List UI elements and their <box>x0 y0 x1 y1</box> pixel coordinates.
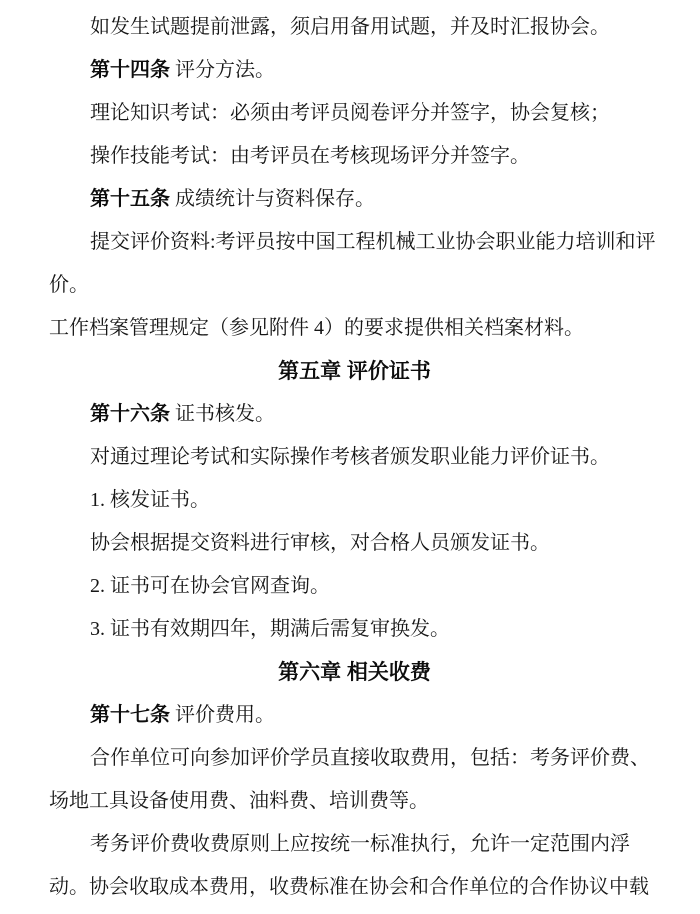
article-title: 成绩统计与资料保存。 <box>170 188 375 210</box>
article-number: 第十七条 <box>90 704 170 726</box>
article-number: 第十四条 <box>90 59 170 81</box>
chapter-heading: 第六章 相关收费 <box>49 651 660 694</box>
paragraph-continuation: 场地工具设备使用费、油料费、培训费等。 <box>49 780 660 823</box>
paragraph: 理论知识考试：必须由考评员阅卷评分并签字，协会复核； <box>49 92 660 135</box>
paragraph: 考务评价费收费原则上应按统一标准执行，允许一定范围内浮 <box>49 823 660 866</box>
document-page: 如发生试题提前泄露，须启用备用试题，并及时汇报协会。 第十四条 评分方法。 理论… <box>0 0 700 914</box>
paragraph-continuation: 价。 <box>49 264 660 307</box>
article-number: 第十五条 <box>90 188 170 210</box>
paragraph-continuation: 动。协会收取成本费用，收费标准在协会和合作单位的合作协议中载 <box>49 866 660 909</box>
paragraph: 如发生试题提前泄露，须启用备用试题，并及时汇报协会。 <box>49 6 660 49</box>
article-paragraph: 第十四条 评分方法。 <box>49 49 660 92</box>
paragraph: 提交评价资料:考评员按中国工程机械工业协会职业能力培训和评 <box>49 221 660 264</box>
article-paragraph: 第十七条 评价费用。 <box>49 694 660 737</box>
paragraph: 对通过理论考试和实际操作考核者颁发职业能力评价证书。 <box>49 436 660 479</box>
paragraph: 协会根据提交资料进行审核，对合格人员颁发证书。 <box>49 522 660 565</box>
article-title: 证书核发。 <box>170 403 275 425</box>
list-item: 2. 证书可在协会官网查询。 <box>49 565 660 608</box>
paragraph-continuation: 工作档案管理规定（参见附件 4）的要求提供相关档案材料。 <box>49 307 660 350</box>
paragraph: 合作单位可向参加评价学员直接收取费用，包括：考务评价费、 <box>49 737 660 780</box>
article-title: 评价费用。 <box>170 704 275 726</box>
article-title: 评分方法。 <box>170 59 275 81</box>
article-paragraph: 第十五条 成绩统计与资料保存。 <box>49 178 660 221</box>
list-item: 3. 证书有效期四年，期满后需复审换发。 <box>49 608 660 651</box>
chapter-heading: 第五章 评价证书 <box>49 350 660 393</box>
article-paragraph: 第十六条 证书核发。 <box>49 393 660 436</box>
article-number: 第十六条 <box>90 403 170 425</box>
list-item: 1. 核发证书。 <box>49 479 660 522</box>
paragraph: 操作技能考试：由考评员在考核现场评分并签字。 <box>49 135 660 178</box>
